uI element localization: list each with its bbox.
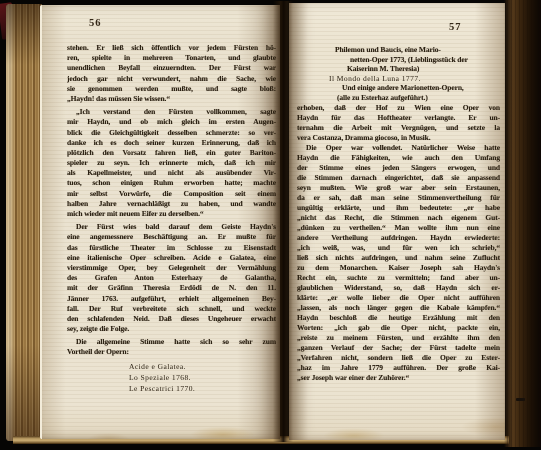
paragraph: Die Oper war vollendet. Natürlicher Weis…	[297, 143, 500, 383]
text-line: Jänner 1763. aufgeführt, erhielt allgeme…	[67, 294, 276, 304]
text-line: mich wieder mit neuem Eifer zu derselben…	[67, 209, 276, 219]
text-line: Haydn beschloß die heutige Erzählung mit…	[297, 313, 500, 323]
text-line: eine angemessnere Beschäftigung an. Er m…	[67, 232, 276, 242]
text-line: ließ sich nichts aufdringen, und nahm se…	[297, 253, 500, 263]
text-line: Haydn die Fähigkeiten, wie auch den Umfa…	[297, 153, 500, 163]
text-line: unendlichen Beyfall einzuerndten. Der Fü…	[67, 63, 276, 73]
right-page-text: Philemon und Baucis, eine Mario-netten-O…	[297, 45, 500, 383]
text-line: blick die Gleichgültigkeit desselben sch…	[67, 128, 276, 138]
text-line: eine italienische Oper schreiben. Acide …	[67, 253, 276, 263]
text-line: stehen. Er ließ sich öffentlich vor jede…	[67, 43, 276, 53]
text-line: Die Oper war vollendet. Natürlicher Weis…	[297, 143, 500, 153]
ink-mark	[516, 398, 525, 401]
text-line: vierstimmige Oper, bey Gelegenheit der V…	[67, 263, 276, 273]
page-number-left: 56	[89, 18, 102, 29]
text-line: Lo Speziale 1768.	[67, 372, 276, 383]
fore-edge-left	[6, 4, 42, 441]
text-line: Haydn für das Hoftheater verlangte. Er u…	[297, 113, 500, 123]
text-line: Kaiserinn M. Theresia)	[297, 64, 500, 74]
text-line: ungültig erklärte, und ihm bedeutete: „e…	[297, 203, 500, 213]
text-line: glaublichen Widerstand, so, daß Haydn si…	[297, 283, 500, 293]
paragraph: stehen. Er ließ sich öffentlich vor jede…	[67, 43, 276, 104]
page-number-right: 57	[449, 22, 462, 33]
text-line: andere Vertheilung aufdringen. Haydn erw…	[297, 233, 500, 243]
text-line: spieler zu seyn. Ich erinnerte mich, daß…	[67, 158, 276, 168]
title-list: Acide e Galatea.Lo Speziale 1768.Le Pesc…	[67, 361, 276, 395]
text-line: danke ich es doch seiner kurzen Erinneru…	[67, 138, 276, 148]
fore-edge-right	[504, 0, 541, 447]
text-line: sey, zeigte die Folge.	[67, 324, 276, 334]
text-line: „reiste zu meinem Fürsten, und erzählte …	[297, 333, 500, 343]
text-line: „haz im Jahre 1779 aufführen. Der große …	[297, 363, 500, 373]
text-line: zu dem Monarchen. Kaiser Joseph sah Hayd…	[297, 263, 500, 273]
book-gutter-shadow	[273, 1, 293, 442]
text-line: als Kapellmeister, und nicht als ausüben…	[67, 168, 276, 178]
text-line: „Ich verstand den Fürsten vollkommen, sa…	[67, 107, 276, 117]
text-line: das fürstliche Theater im Schlosse zu Ei…	[67, 243, 276, 253]
left-page-text: stehen. Er ließ sich öffentlich vor jede…	[67, 43, 276, 398]
paragraph: „Ich verstand den Fürsten vollkommen, sa…	[67, 107, 276, 219]
paragraph: Der Fürst wies bald darauf dem Geiste Ha…	[67, 222, 276, 334]
text-line: klärte: „er wolle lieber die Oper nicht …	[297, 293, 500, 303]
text-line: „dünken zu vertheilen.“ Man wollte ihm n…	[297, 223, 500, 233]
text-line: „nicht das Recht, die Stimmen nach eigen…	[297, 213, 500, 223]
text-line: Il Mondo della Luna 1777.	[297, 74, 500, 84]
right-page: 57 Philemon und Baucis, eine Mario-nette…	[289, 3, 505, 440]
text-line: „Verfahren nicht, sondern ließ die Oper …	[297, 353, 500, 363]
text-line: den schlafenden Neid. Daß dieses Ungeheu…	[67, 314, 276, 324]
paragraph: Die allgemeine Stimme hatte sich so sehr…	[67, 337, 276, 357]
text-line: sie genommen werden mußte, und sagte blo…	[67, 84, 276, 94]
text-line: vera Costanza, Dramma giocoso, in Musik.	[297, 133, 500, 143]
text-line: da er sah, daß man seine Stimmenvertheil…	[297, 193, 500, 203]
title-list: Philemon und Baucis, eine Mario-netten-O…	[297, 45, 500, 102]
text-line: erhoben, daß der Hof zu Wien eine Oper v…	[297, 103, 500, 113]
book-scan: 56 stehen. Er ließ sich öffentlich vor j…	[0, 0, 541, 450]
text-line: Worten: „ich gab die Oper nicht, packte …	[297, 323, 500, 333]
paragraph: erhoben, daß der Hof zu Wien eine Oper v…	[297, 103, 500, 143]
left-page: 56 stehen. Er ließ sich öffentlich vor j…	[40, 5, 280, 439]
text-line: „lassen, als noch länger gegen die Kabal…	[297, 303, 500, 313]
text-line: des Grafen Anton Esterhazy de Galantha,	[67, 273, 276, 283]
text-line: netten-Oper 1773, (Lieblingsstück der	[297, 55, 500, 65]
text-line: Die allgemeine Stimme hatte sich so sehr…	[67, 337, 276, 347]
text-line: „ich weiß, was, und für wen ich schrieb,…	[297, 243, 500, 253]
text-line: „ser Joseph war einer der Zuhörer.“	[297, 373, 500, 383]
text-line: Philemon und Baucis, eine Mario-	[297, 45, 500, 55]
text-line: „ganzen Verlauf der Sache; der Fürst tad…	[297, 343, 500, 353]
text-line: Recht ein, suchte zu vermitteln; fand ab…	[297, 273, 500, 283]
text-line: der Stimme eines jeden Sängers erwogen, …	[297, 163, 500, 173]
text-line: halben Jahre vernachläßigt zu haben, und…	[67, 199, 276, 209]
text-line: ternahm die Arbeit mit Vergnügen, und se…	[297, 123, 500, 133]
text-line: tuos, schon einigen Ruhm erworben hatte;…	[67, 178, 276, 188]
text-line: die Stimmen darnach eingerichtet, daß si…	[297, 173, 500, 183]
text-line: Und einige andere Marionetten-Opern,	[297, 83, 500, 93]
text-line: (alle zu Esterhaz aufgeführt.)	[297, 93, 500, 103]
text-line: mir selbst Vorwürfe, die Composition sei…	[67, 189, 276, 199]
text-line: Vortheil der Opern:	[67, 347, 276, 357]
text-line: fall. Der Ruf verbreitete sich schnell, …	[67, 304, 276, 314]
text-line: seyn mußten. Wie groß war aber sein Erst…	[297, 183, 500, 193]
text-line: ren, spielte in mehreren Tonarten, und g…	[67, 53, 276, 63]
text-line: jedoch gar nicht verwundert, nahm die Sa…	[67, 74, 276, 84]
text-line: Acide e Galatea.	[67, 361, 276, 372]
text-line: „Haydn! das müssen Sie wissen.“	[67, 94, 276, 104]
text-line: Der Fürst wies bald darauf dem Geiste Ha…	[67, 222, 276, 232]
text-line: mir Haydn, und ob mich gleich im ersten …	[67, 117, 276, 127]
text-line: Le Pescatrici 1770.	[67, 383, 276, 394]
text-line: plötzlich den Vorsatz fahren ließ, ein g…	[67, 148, 276, 158]
text-line: mit der Gräfinn Theresia Erdödi de N. de…	[67, 283, 276, 293]
